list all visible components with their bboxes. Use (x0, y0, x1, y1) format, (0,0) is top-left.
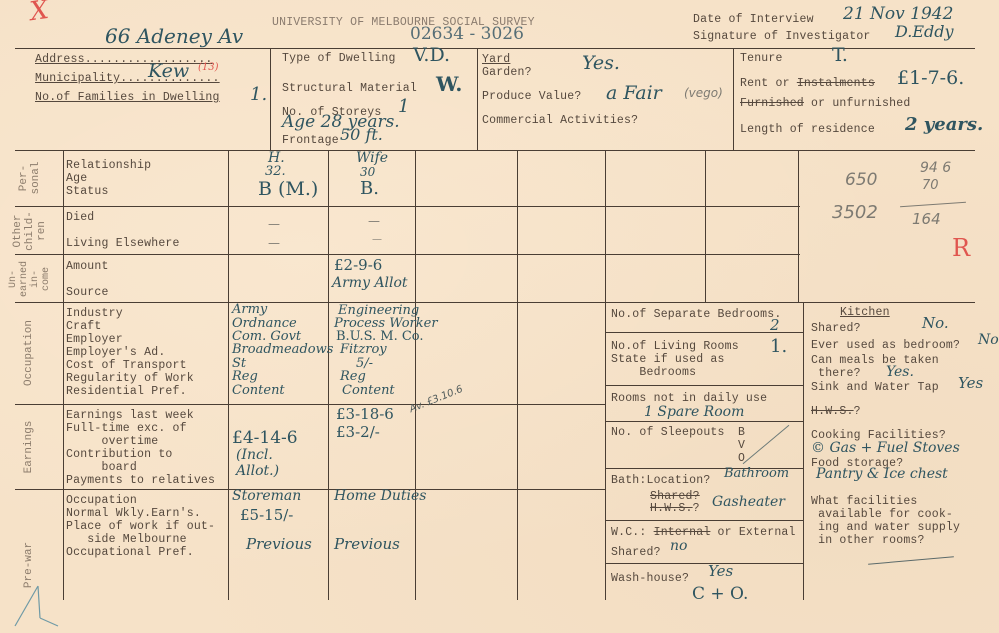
rooms-box-right (803, 302, 804, 600)
other-rooms-dash (868, 556, 954, 565)
p2-earnings-last-week: £3-18-6 (336, 405, 394, 423)
frontage-label: Frontage (282, 134, 339, 147)
p1-fulltime-earnings: £4-14-6 (232, 428, 298, 448)
section-unearned-income: Un- earned in- come (8, 256, 56, 302)
grid-col (517, 150, 518, 600)
food-storage-value: Pantry & Ice chest (816, 466, 948, 482)
grid-col (605, 150, 606, 302)
personal-labels: Relationship Age Status (66, 159, 151, 198)
section-personal: Per- sonal (18, 145, 44, 211)
grid-col (798, 150, 799, 302)
municipality-label: Municipality.............. (35, 72, 220, 85)
bedrooms-label: No.of Separate Bedrooms. (611, 308, 781, 321)
commercial-activities-label: Commercial Activities? (482, 114, 638, 127)
rooms-box-left (605, 302, 606, 600)
dwelling-type-value: V.D. (413, 44, 450, 66)
p1-status: B (M.) (258, 178, 318, 200)
living-rooms-label: No.of Living Rooms State if used as Bedr… (611, 340, 739, 379)
produce-note: (vego) (684, 86, 723, 100)
grid-rule (15, 206, 800, 207)
p2-status: B. (360, 178, 379, 199)
pencil-tick-mark (10, 578, 60, 628)
sum-total: 164 (912, 210, 941, 228)
rooms-rule (605, 520, 803, 521)
p1-residential-pref: Content (232, 383, 285, 398)
p2-living-elsewhere: — (372, 234, 382, 245)
section-earnings: Earnings (23, 412, 37, 482)
bath-hws-label: H.W.S.? (650, 502, 700, 515)
grid-rule (15, 254, 800, 255)
rooms-rule (605, 563, 803, 564)
wash-house-value: Yes (708, 562, 733, 580)
survey-card: X UNIVERSITY OF MELBOURNE SOCIAL SURVEY … (0, 0, 999, 633)
wc-shared-label: Shared? (611, 546, 661, 559)
earnings-labels: Earnings last week Full-time exc. of ove… (66, 409, 215, 487)
sum-top: 94 6 (920, 160, 951, 176)
kitchen-sink-label: Sink and Water Tap (811, 381, 939, 394)
rooms-not-used-value: 1 Spare Room (644, 404, 744, 420)
p1-occupational-pref: Previous (246, 535, 312, 553)
grid-col (705, 150, 706, 302)
divider (270, 48, 271, 150)
p2-employer-address: Fitzroy (340, 342, 387, 357)
p1-regularity: Reg (232, 369, 258, 384)
tenure-value: T. (832, 44, 848, 66)
grid-col (63, 150, 64, 600)
address-value: 66 Adeney Av (105, 24, 243, 48)
grid-rule (15, 150, 975, 151)
municipality-code: (13) (198, 62, 219, 73)
kitchen-sink-value: Yes (958, 374, 983, 392)
bedrooms-value: 2 (770, 316, 780, 334)
p2-unearned-source: Army Allot (332, 275, 408, 291)
municipality-value: Kew (148, 60, 189, 82)
divider (733, 48, 734, 150)
sleepouts-dash (743, 425, 790, 464)
bath-location-value: Bathroom (724, 466, 789, 481)
yard-heading: Yard (482, 53, 510, 66)
rooms-rule (605, 385, 803, 386)
p1-prewar-earnings: £5-15/- (240, 506, 293, 524)
residence-value: 2 years. (905, 114, 983, 135)
grid-col (328, 150, 329, 600)
p2-age: 30 (360, 165, 375, 179)
p1-died: — (268, 217, 280, 231)
tenure-label: Tenure (740, 52, 783, 65)
wc-shared-value: no (670, 538, 687, 554)
calc-a: 650 (845, 170, 877, 190)
grid-col (228, 150, 229, 600)
structural-material-label: Structural Material (282, 82, 417, 95)
garden-value: Yes. (582, 52, 620, 74)
p2-relationship: Wife (356, 150, 388, 166)
furnished-label: Furnished or unfurnished (740, 97, 910, 110)
kitchen-shared-value: No. (922, 314, 949, 332)
p1-prewar-occupation: Storeman (232, 488, 301, 504)
p2-fulltime-earnings: £3-2/- (336, 423, 380, 441)
kitchen-shared-label: Shared? (811, 322, 861, 335)
p2-earnings-average-note: Av. £3.10.6 (408, 384, 464, 415)
produce-value-label: Produce Value? (482, 90, 581, 103)
kitchen-meals-value: Yes. (886, 364, 914, 380)
wc-label: W.C.: Internal or External (611, 526, 796, 539)
calc-b: 3502 (832, 202, 878, 223)
section-other-children: Other child- ren (12, 205, 50, 257)
dwelling-type-label: Type of Dwelling (282, 52, 396, 65)
families-value: 1. (250, 84, 267, 105)
kitchen-meals-label: Can meals be taken there? (811, 354, 939, 380)
date-value: 21 Nov 1942 (843, 4, 953, 24)
rent-value: £1-7-6. (897, 67, 964, 89)
kitchen-bedroom-label: Ever used as bedroom? (811, 339, 960, 352)
families-label: No.of Families in Dwelling (35, 91, 220, 104)
grid-col (415, 150, 416, 600)
structural-material-value: W. (436, 72, 462, 96)
produce-value: a Fair (606, 82, 662, 104)
rooms-rule (605, 421, 803, 422)
p2-unearned-amount: £2-9-6 (334, 256, 382, 274)
p1-employer-address: Broadmeadows (232, 342, 333, 357)
investigator-signature: D.Eddy (895, 22, 954, 41)
kitchen-heading: Kitchen (840, 306, 890, 319)
wash-house-code: C + O. (692, 584, 748, 604)
wash-house-label: Wash-house? (611, 572, 689, 585)
date-label: Date of Interview (693, 13, 814, 26)
residence-label: Length of residence (740, 123, 875, 136)
header-rule (15, 48, 975, 49)
p2-regularity: Reg (340, 369, 366, 384)
p1-living-elsewhere: — (268, 236, 280, 250)
occupation-labels: Industry Craft Employer Employer's Ad. C… (66, 307, 194, 398)
bath-hws-value: Gasheater (712, 494, 785, 510)
sum-rule (900, 202, 966, 208)
section-occupation: Occupation (23, 313, 37, 393)
p1-earnings-note-a: (Incl. (236, 447, 273, 463)
p2-residential-pref: Content (342, 383, 395, 398)
grid-rule (15, 302, 975, 303)
investigator-label: Signature of Investigator (693, 30, 871, 43)
p2-prewar-occupation: Home Duties (334, 488, 426, 504)
p1-earnings-note-b: Allot.) (236, 463, 279, 479)
divider (477, 48, 478, 150)
sleepouts-label: No. of Sleepouts (611, 426, 725, 439)
other-rooms-facilities-label: What facilities available for cook- ing … (811, 495, 960, 547)
garden-label: Garden? (482, 66, 532, 79)
bath-location-label: Bath:Location? (611, 474, 710, 487)
red-r-mark: R (952, 234, 970, 262)
p2-died: — (368, 214, 380, 228)
frontage-value: 50 ft. (340, 125, 383, 144)
p1-age: 32. (265, 164, 286, 179)
pre-war-labels: Occupation Normal Wkly.Earn's. Place of … (66, 494, 215, 559)
record-range: 02634 - 3026 (410, 24, 524, 44)
kitchen-hws-label: H.W.S.? (811, 405, 861, 418)
rent-label: Rent or Instalments (740, 77, 875, 90)
p2-occupational-pref: Previous (334, 535, 400, 553)
red-cross-mark: X (28, 0, 51, 27)
other-children-labels: Died Living Elsewhere (66, 211, 180, 250)
living-rooms-value: 1. (770, 336, 787, 357)
p1-industry: Army (232, 303, 267, 316)
kitchen-bedroom-value: No (978, 332, 999, 348)
cooking-facilities-value: © Gas + Fuel Stoves (811, 440, 960, 456)
sleepouts-codes: B V O (738, 426, 745, 465)
sum-mid: 70 (922, 178, 939, 193)
unearned-income-labels: Amount Source (66, 260, 109, 299)
